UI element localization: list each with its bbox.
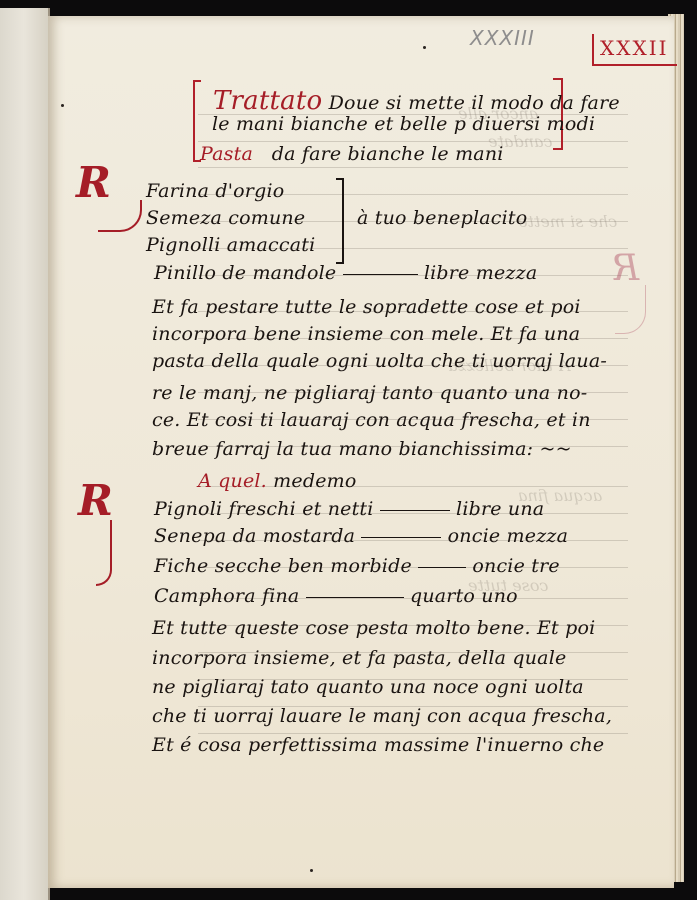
ingredient-line: Semeza comune xyxy=(146,207,305,229)
ink-speck xyxy=(423,46,426,49)
title-line-3: Pasta da fare bianche le mani xyxy=(200,143,504,165)
recipe2-heading: A quel. medemo xyxy=(198,470,357,492)
show-through-rx-icon: R xyxy=(612,248,639,289)
ingredient-name: Fiche secche ben morbide xyxy=(154,555,412,577)
ingredient-quantity: oncie mezza xyxy=(448,525,569,547)
ingredient-line: Farina d'orgio xyxy=(146,180,284,202)
instruction-line: ne pigliaraj tato quanto una noce ogni u… xyxy=(152,676,584,698)
instruction-line: incorpora insieme, et fa pasta, della qu… xyxy=(152,647,566,669)
quantity-dash xyxy=(361,537,441,538)
ingredient-quantity: quarto uno xyxy=(410,585,518,607)
ingredient-name: Senepa da mostarda xyxy=(154,525,355,547)
ingredient-name: Pinillo de mandole xyxy=(154,262,336,284)
ruling-line xyxy=(198,141,628,142)
title-line-2: le mani bianche et belle p diuersi modi xyxy=(212,113,595,135)
measured-ingredient: Pinillo de mandole libre mezza xyxy=(154,262,537,284)
rx-flourish xyxy=(96,520,112,586)
ingredient-line: Camphora fina quarto uno xyxy=(154,585,518,607)
title-line-1: Trattato Doue si mette il modo da fare xyxy=(213,86,620,116)
quantity-dash xyxy=(380,510,450,511)
red-folio-number: XXXII xyxy=(592,34,677,66)
ingredient-quantity: libre mezza xyxy=(424,262,538,284)
pencil-folio-number: XXXIII xyxy=(470,26,535,50)
ingredient-quantity: oncie tre xyxy=(472,555,559,577)
rubric-pasta: Pasta xyxy=(200,143,253,165)
ingredient-line: Pignolli amaccati xyxy=(146,234,315,256)
instruction-line: che ti uorraj lauare le manj con acqua f… xyxy=(152,705,612,727)
rubric-a-quel: A quel. xyxy=(198,470,267,492)
ingredient-line: Senepa da mostarda oncie mezza xyxy=(154,525,568,547)
ingredient-name: Camphora fina xyxy=(154,585,299,607)
ink-speck xyxy=(61,104,64,107)
quantity-dash xyxy=(343,274,418,275)
instruction-line: re le manj, ne pigliaraj tanto quanto un… xyxy=(152,382,587,404)
quantity-dash xyxy=(306,597,404,598)
instruction-line: Et fa pestare tutte le sopradette cose e… xyxy=(152,296,581,318)
ingredient-line: Fiche secche ben morbide oncie tre xyxy=(154,555,560,577)
show-through-text: che si mette xyxy=(518,212,617,231)
heading-rest: medemo xyxy=(273,470,356,492)
instruction-line: ce. Et cosi ti lauaraj con acqua frescha… xyxy=(152,409,591,431)
ink-speck xyxy=(310,869,313,872)
instruction-line: Et tutte queste cose pesta molto bene. E… xyxy=(152,617,595,639)
quantity-dash xyxy=(418,567,466,568)
rubric-title-word: Trattato xyxy=(213,86,322,116)
title-line-1-text: Doue si mette il modo da fare xyxy=(329,92,620,114)
ruling-line xyxy=(198,167,628,168)
ingredient-brace xyxy=(336,178,344,264)
bracket-note: à tuo beneplacito xyxy=(357,207,527,229)
instruction-line: pasta della quale ogni uolta che ti uorr… xyxy=(152,350,607,372)
instruction-line: breue farraj la tua mano bianchissima: ~… xyxy=(152,438,572,460)
recipe-marker-rx-2: R xyxy=(78,476,113,525)
instruction-line: Et é cosa perfettissima massime l'inuern… xyxy=(152,734,604,756)
ingredient-line: Pignoli freschi et netti libre una xyxy=(154,498,544,520)
ingredient-name: Pignoli freschi et netti xyxy=(154,498,374,520)
title-line-3-text: da fare bianche le mani xyxy=(272,143,504,165)
facing-page-left xyxy=(0,8,50,900)
instruction-line: incorpora bene insieme con mele. Et fa u… xyxy=(152,323,580,345)
ingredient-quantity: libre una xyxy=(456,498,544,520)
